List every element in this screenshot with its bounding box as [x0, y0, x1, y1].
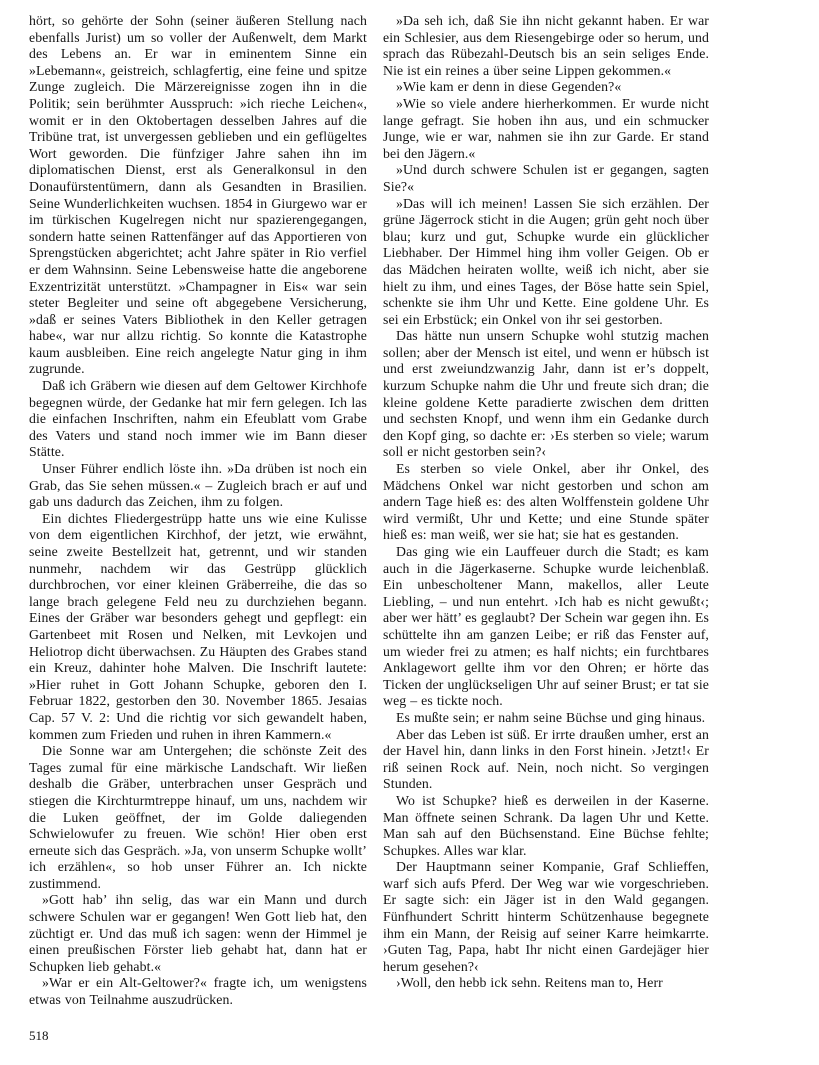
paragraph: »Das will ich meinen! Lassen Sie sich er… [383, 196, 709, 329]
paragraph: Es mußte sein; er nahm seine Büchse und … [383, 710, 709, 727]
paragraph: Daß ich Gräbern wie diesen auf dem Gelto… [29, 378, 367, 461]
paragraph: »Wie so viele andere hierherkommen. Er w… [383, 96, 709, 162]
paragraph: Unser Führer endlich löste ihn. »Da drüb… [29, 461, 367, 511]
paragraph: Die Sonne war am Untergehen; die schönst… [29, 743, 367, 892]
paragraph: »Da seh ich, daß Sie ihn nicht gekannt h… [383, 13, 709, 79]
paragraph: »Wie kam er denn in diese Gegenden?« [383, 79, 709, 96]
paragraph: hört, so gehörte der Sohn (seiner äußere… [29, 13, 367, 378]
book-page: hört, so gehörte der Sohn (seiner äußere… [0, 0, 819, 1065]
paragraph: Ein dichtes Fliedergestrüpp hatte uns wi… [29, 511, 367, 743]
paragraph: Das ging wie ein Lauffeuer durch die Sta… [383, 544, 709, 710]
paragraph: Aber das Leben ist süß. Er irrte draußen… [383, 727, 709, 793]
paragraph: Der Hauptmann seiner Kompanie, Graf Schl… [383, 859, 709, 975]
paragraph: Wo ist Schupke? hieß es derweilen in der… [383, 793, 709, 859]
paragraph: ›Woll, den hebb ick sehn. Reitens man to… [383, 975, 709, 992]
page-number: 518 [29, 1028, 49, 1044]
paragraph: Es sterben so viele Onkel, aber ihr Onke… [383, 461, 709, 544]
paragraph: »Und durch schwere Schulen ist er gegang… [383, 162, 709, 195]
text-columns: hört, so gehörte der Sohn (seiner äußere… [29, 13, 819, 1009]
left-text-column: hört, so gehörte der Sohn (seiner äußere… [29, 13, 367, 1009]
paragraph: »War er ein Alt-Geltower?« fragte ich, u… [29, 975, 367, 1008]
right-text-column: »Da seh ich, daß Sie ihn nicht gekannt h… [383, 13, 709, 1009]
paragraph: Das hätte nun unsern Schupke wohl stutzi… [383, 328, 709, 461]
paragraph: »Gott hab’ ihn selig, das war ein Mann u… [29, 892, 367, 975]
